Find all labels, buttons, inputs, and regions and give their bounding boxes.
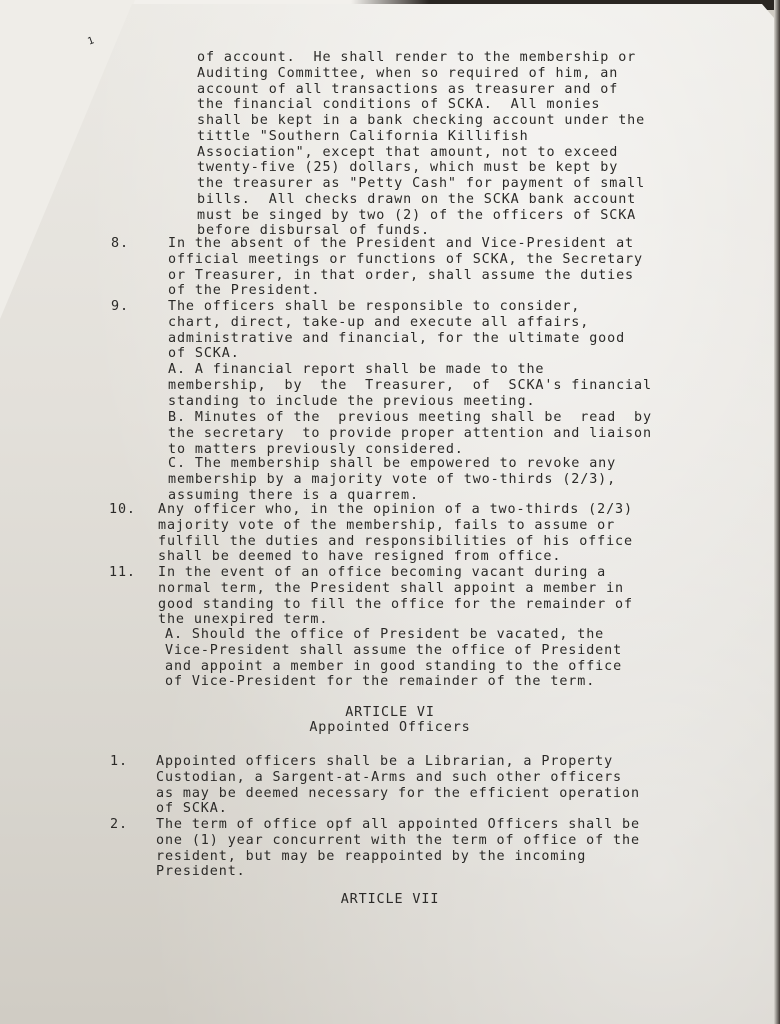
list-item-line: Any officer who, in the opinion of a two… — [158, 502, 633, 518]
list-item-line: The term of office opf all appointed Off… — [156, 817, 640, 833]
paragraph-line: Association", except that amount, not to… — [197, 145, 618, 161]
subitem-line: B. Minutes of the previous meeting shall… — [168, 410, 652, 426]
page-edge-shadow — [774, 0, 780, 1024]
subitem-line: C. The membership shall be empowered to … — [168, 456, 616, 472]
subitem-line: the secretary to provide proper attentio… — [168, 426, 652, 442]
list-item-line: normal term, the President shall appoint… — [158, 581, 624, 597]
subitem-line: Vice-President shall assume the office o… — [165, 643, 622, 659]
subitem-line: and appoint a member in good standing to… — [165, 659, 622, 675]
item-number: 10. — [109, 502, 136, 518]
list-item-line: In the absent of the President and Vice-… — [168, 236, 634, 252]
list-item-line: one (1) year concurrent with the term of… — [156, 833, 640, 849]
list-item-line: fulfill the duties and responsibilities … — [158, 534, 633, 550]
paragraph-line: of account. He shall render to the membe… — [197, 50, 636, 66]
subitem-line: membership, by the Treasurer, of SCKA's … — [168, 378, 652, 394]
item-number: 8. — [111, 236, 129, 252]
paragraph-line: the financial conditions of SCKA. All mo… — [197, 97, 600, 113]
list-item-line: majority vote of the membership, fails t… — [158, 518, 615, 534]
list-item-line: chart, direct, take-up and execute all a… — [168, 315, 589, 331]
subitem-line: of Vice-President for the remainder of t… — [165, 674, 595, 690]
item-number: 9. — [111, 299, 129, 315]
paragraph-line: account of all transactions as treasurer… — [197, 82, 618, 98]
subitem-line: A. A financial report shall be made to t… — [168, 362, 544, 378]
paragraph-line: the treasurer as "Petty Cash" for paymen… — [197, 176, 645, 192]
item-number: 1. — [110, 754, 128, 770]
paragraph-line: bills. All checks drawn on the SCKA bank… — [197, 192, 636, 208]
list-item-line: of SCKA. — [168, 346, 240, 362]
subitem-line: standing to include the previous meeting… — [168, 394, 535, 410]
list-item-line: President. — [156, 864, 246, 880]
list-item-line: of SCKA. — [156, 801, 228, 817]
list-item-line: as may be deemed necessary for the effic… — [156, 786, 640, 802]
paragraph-line: tittle "Southern California Killifish — [197, 129, 529, 145]
article-heading: ARTICLE VII — [0, 892, 780, 907]
list-item-line: administrative and financial, for the ul… — [168, 331, 625, 347]
list-item-line: The officers shall be responsible to con… — [168, 299, 580, 315]
list-item-line: the unexpired term. — [158, 612, 328, 628]
list-item-line: official meetings or functions of SCKA, … — [168, 252, 643, 268]
list-item-line: of the President. — [168, 283, 320, 299]
subitem-line: A. Should the office of President be vac… — [165, 627, 604, 643]
article-subheading: Appointed Officers — [0, 720, 780, 735]
paragraph-line: shall be kept in a bank checking account… — [197, 113, 645, 129]
list-item-line: Appointed officers shall be a Librarian,… — [156, 754, 613, 770]
paragraph-line: Auditing Committee, when so required of … — [197, 66, 618, 82]
list-item-line: shall be deemed to have resigned from of… — [158, 549, 561, 565]
list-item-line: resident, but may be reappointed by the … — [156, 849, 586, 865]
list-item-line: or Treasurer, in that order, shall assum… — [168, 268, 634, 284]
article-heading: ARTICLE VI — [0, 705, 780, 720]
item-number: 11. — [109, 565, 136, 581]
list-item-line: In the event of an office becoming vacan… — [158, 565, 606, 581]
list-item-line: good standing to fill the office for the… — [158, 597, 633, 613]
item-number: 2. — [110, 817, 128, 833]
paragraph-line: twenty-five (25) dollars, which must be … — [197, 160, 618, 176]
list-item-line: Custodian, a Sargent-at-Arms and such ot… — [156, 770, 622, 786]
subitem-line: membership by a majority vote of two-thi… — [168, 472, 616, 488]
paragraph-line: must be singed by two (2) of the officer… — [197, 208, 636, 224]
